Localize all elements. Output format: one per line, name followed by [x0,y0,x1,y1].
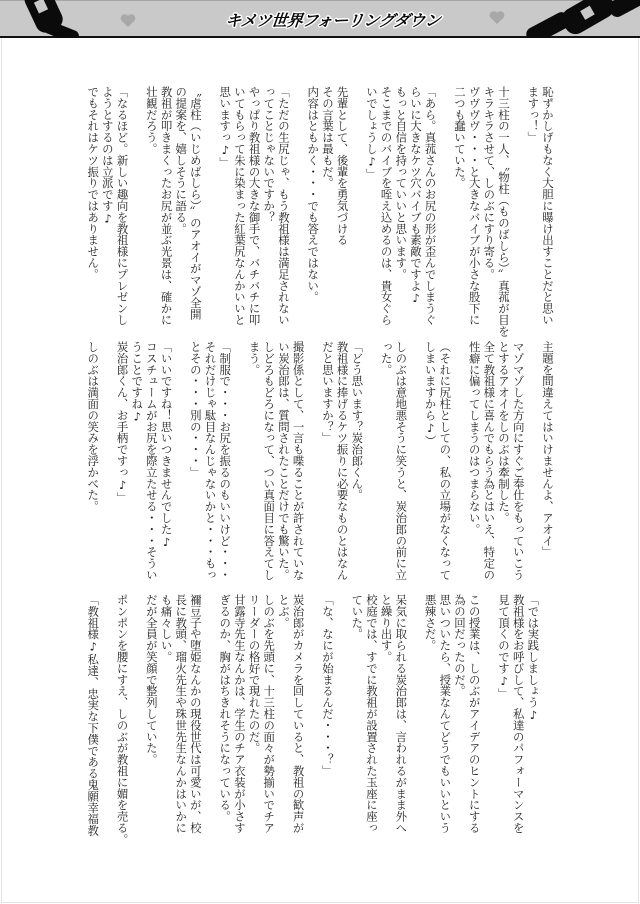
text-column: その言葉は最もだ。 [320,86,335,328]
text-column: とその・・・別の・・・」 [188,341,203,583]
text-column [482,594,497,836]
text-column [540,594,555,836]
text-column: 「どう思います？炭治郎くん。 [350,341,365,583]
text-column: この授業は、しのぶがアイデアのヒントにする [467,594,482,836]
text-column: しまいますから♪） [423,341,438,583]
text-column: 長に教頭、瑠火先生や珠世先生なんかはいかに [174,594,189,836]
text-column [130,594,145,836]
text-column [291,86,306,328]
text-column: もっと自信を持っていいと思います。 [394,86,409,328]
text-tier-middle: 主題を間違えてはいけませんよ、アオイ」 マゾマゾした方向にすぐご奉仕をもっていこ… [85,341,555,583]
text-column: 校庭では、すでに教祖が設置された玉座に座っ [364,594,379,836]
header-title: キメツ世界フォーリングダウン [219,8,447,30]
text-column: 為の回だったのだ。 [452,594,467,836]
text-column [350,86,365,328]
text-column: 呆気に取られる炭治郎は、言われるがまま外へ [394,594,409,836]
text-column [438,86,453,328]
text-column [408,341,423,583]
text-column: コスチュームがお尻を際立たせる・・・そうい [144,341,159,583]
text-column: 「ただの生尻じゃ、もう教祖様は満足されない [276,86,291,328]
text-column: とぶ。 [276,594,291,836]
text-column: 「な、なにが始まるんだ・・・？」 [320,594,335,836]
text-tier-bottom: 「では実践しましょう♪ 教祖様をお呼びして、私達のパフォーマンスを 見て頂くので… [85,594,555,836]
text-column: しのぶは意地悪そうに笑うと、炭治郎の前に立 [394,341,409,583]
text-column: とするアオイをしのぶは牽制した。 [496,341,511,583]
text-column: ていた。 [350,594,365,836]
text-column: キラキラさせて、しのぶにすり寄る。 [482,86,497,328]
text-column: 全て教祖様に喜んでもらう為とはいえ、特定の [482,341,497,583]
text-column [452,341,467,583]
text-column [174,341,189,583]
text-column: だと思いますか？」 [320,341,335,583]
text-column: ってことじゃないですか？ [262,86,277,328]
text-tier-top: 恥ずかしげもなく大胆に曝け出すことだと思い ますっ！」 十三柱の一人、〝物柱（も… [85,86,555,328]
text-column: マゾマゾした方向にすぐご奉仕をもっていこう [511,341,526,583]
text-column: しのぶを先頭に、十三柱の面々が勢揃いでチア [262,594,277,836]
text-column: 「あら。真菰さんのお尻の形が歪んでしまうぐ [423,86,438,328]
text-column: うことですね♪ [130,341,145,583]
text-column [100,594,115,836]
text-column: でもそれはケツ振りではありません。 [86,86,101,328]
text-column: しのぶは満面の笑みを浮かべた。 [86,341,101,583]
text-column: い炭治郎は、質問されたことだけでも驚いた。 [276,341,291,583]
text-column [306,341,321,583]
chain-icon [0,0,100,38]
text-column [526,341,541,583]
text-column: 思いますっ♪」 [218,86,233,328]
text-column: 内容はともかく・・・でも答えではない。 [306,86,321,328]
text-column: 炭治郎がカメラを回していると、教祖の歓声が [291,594,306,836]
text-column: 教祖が叩きまくったお尻が並ぶ光景は、確かに [159,86,174,328]
heart-icon [489,10,505,25]
text-column: まう。 [247,341,262,583]
text-column: リーダーの格好で現れたのだ。 [247,594,262,836]
text-column: 二つも蠢いていた。 [452,86,467,328]
text-column: それだけじゃ駄目なんじゃないかと・・・もっ [203,341,218,583]
text-column [100,341,115,583]
text-column: ようとするのは立派です♪ [100,86,115,328]
text-column: 炭治郎くん、お手柄ですっ♪」 [115,341,130,583]
text-column: の提案を、嬉しそうに語る。 [174,86,189,328]
text-column: 主題を間違えてはいけませんよ、アオイ」 [540,341,555,583]
text-column: も痛々しい。 [159,594,174,836]
text-column: 教祖様に捧げるケツ振りに必要なものとはなん [335,341,350,583]
text-column: だが全員が笑顔で整列していた。 [144,594,159,836]
text-column: ぎるのか、胸がはちきれそうになっている。 [218,594,233,836]
text-column: 「教祖様♪私達、忠実な下僕である鬼願幸福教 [86,594,101,836]
text-column [130,86,145,328]
text-column: 恥ずかしげもなく大胆に曝け出すことだと思い [540,86,555,328]
text-column [408,594,423,836]
text-column: らいに大きなケツ穴バイブも素敵ですよ♪ [408,86,423,328]
text-column: 悪辣さだ。 [423,594,438,836]
text-column: いてもらって朱に染まった紅葉尻なんかいいと [232,86,247,328]
text-column [203,594,218,836]
text-column: 教祖様をお呼びして、私達のパフォーマンスを [511,594,526,836]
text-column: 壮観だろう。 [144,86,159,328]
text-column: 見て頂くのです♪」 [496,594,511,836]
text-column: ポンポンを腰にすえ、しのぶが教祖に媚を売る。 [115,594,130,836]
text-column [335,594,350,836]
text-column: 〝虐柱（いじめばしら）〟のアオイがマゾ全開 [188,86,203,328]
text-column: （それに尻柱としての、私の立場がなくなって [438,341,453,583]
chain-icon [520,0,640,38]
text-column: 性癖に偏ってしまうのはつまらない。 [467,341,482,583]
text-column: 「制服で・・・お尻を振るのもいいけど・・・ [218,341,233,583]
text-column: 十三柱の一人、〝物柱（ものばしら）〟真菰が目を [496,86,511,328]
text-column: 「いいですね！思いつきませんでした♪ [159,341,174,583]
text-column [232,341,247,583]
text-column [306,594,321,836]
text-column: 思いついたら、授業なんてどうでもいいという [438,594,453,836]
text-column: ヴヴヴヴ・・・と大きなバイブが小さな股下に [467,86,482,328]
text-column: 撮影係として、一言も喋ることが許されていな [291,341,306,583]
heart-icon [120,13,136,28]
text-column: 「では実践しましょう♪ [526,594,541,836]
text-column: 甘露寺先生なんかは、学生のチア衣装が小さす [232,594,247,836]
text-column [364,341,379,583]
text-column: 先輩として、後輩を勇気づける [335,86,350,328]
text-column: そこまでのバイブを咥え込めるのは、貴女ぐら [379,86,394,328]
text-column: った。 [379,341,394,583]
text-column [203,86,218,328]
text-column [511,86,526,328]
text-column: 「なるほど。新しい趣向を教祖様にプレゼンし [115,86,130,328]
text-column: と繰り出す。 [379,594,394,836]
text-column: 禰豆子や堕姫なんかの現役世代は可愛いが、校 [188,594,203,836]
text-column: いでしょうし♪」 [364,86,379,328]
text-column: しどろもどろになって、つい真面目に答えてし [262,341,277,583]
text-column: ますっ！」 [526,86,541,328]
text-column: やっぱり教祖様の大きな御手で、バチバチに叩 [247,86,262,328]
